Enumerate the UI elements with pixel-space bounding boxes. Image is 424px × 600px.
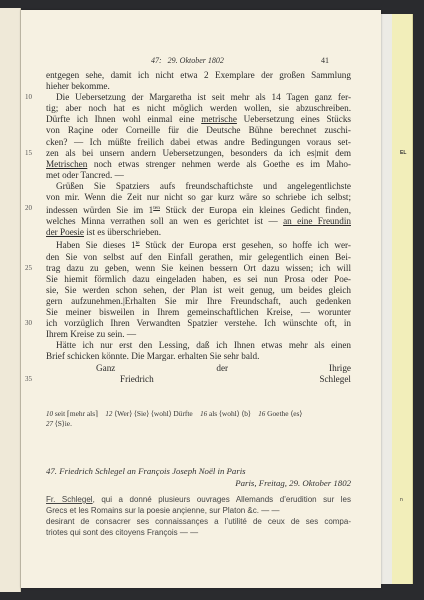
text-line: Metrischen noch etwas strenger nehmen we…: [46, 159, 351, 170]
line-number: 35: [25, 374, 32, 385]
letter-title: 47. Friedrich Schlegel an François Josep…: [46, 465, 351, 477]
text-line: 30ich vorzüglich Ihren Verwandten Spatzi…: [46, 318, 351, 329]
letter-place-date: Paris, Freitag, 29. Oktober 1802: [46, 477, 351, 489]
apparatus-line: 10 seit ⌈mehr als⌉ 12 ⟨Wer⟩ ⟨Sie⟩ ⟨wohl⟩…: [46, 409, 351, 419]
text-line: Hätte ich nur erst den Lessing, daß ich …: [46, 340, 351, 351]
edge-mark: EL: [400, 150, 406, 156]
next-letter-heading: 47. Friedrich Schlegel an François Josep…: [46, 465, 351, 489]
text-line: Fr. Schlegel, qui a donné plusieurs ouvr…: [46, 494, 351, 505]
underlined-word: metrische: [201, 114, 237, 124]
closing-salutation: Ganz der Ihrige: [46, 363, 351, 374]
next-letter-body: Fr. Schlegel, qui a donné plusieurs ouvr…: [46, 494, 351, 538]
line-number: 10: [25, 92, 32, 103]
text-line: 20indessen würden Sie im 1ten Stück der …: [46, 203, 351, 216]
critical-apparatus: 10 seit ⌈mehr als⌉ 12 ⟨Wer⟩ ⟨Sie⟩ ⟨wohl⟩…: [46, 409, 351, 429]
edge-mark: n: [400, 497, 403, 503]
text-line: entgegen sehe, damit ich nicht etwa 2 Ex…: [46, 70, 351, 81]
line-number: 20: [25, 203, 32, 214]
text-line: Haben Sie dieses 1te Stück der Europa er…: [46, 238, 351, 251]
book-page: 47: 29. Oktober 1802 41 entgegen sehe, d…: [21, 10, 381, 588]
line-number: 25: [25, 263, 32, 274]
page-number: 41: [321, 56, 329, 65]
text-line: sie, Sie werden schon sehen, der Plan is…: [46, 285, 351, 296]
text-line: tig; aber noch hat es nicht möglich werd…: [46, 103, 351, 114]
text-line: cken? — Ich müßte freilich dabei etwas a…: [46, 137, 351, 148]
letter-body: entgegen sehe, damit ich nicht etwa 2 Ex…: [46, 70, 351, 385]
text-line: 25trag dazu zu geben, wenn Sie keinen be…: [46, 263, 351, 274]
text-line: Ihrem Kreise zu sein. —: [46, 329, 351, 340]
text-line: 15zen als bei unsern andern Uebersetzung…: [46, 148, 351, 159]
line-number: 30: [25, 318, 32, 329]
text-line: met oder Tancred. —: [46, 170, 351, 181]
underlined-phrase: an eine Freundin: [283, 216, 351, 226]
text-line: 10Die Uebersetzung der Margaretha ist se…: [46, 92, 351, 103]
text-line: desirant de consacrer ses connaissançes …: [46, 516, 351, 527]
text-line: den Sie von selbst auf den Einfall gerat…: [46, 252, 351, 263]
text-line: von Raçine oder Corneille für die Deutsc…: [46, 125, 351, 136]
underlined-name: Fr. Schlegel: [46, 495, 93, 504]
text-line: von mir. Wenn die Zeit nur nicht so gar …: [46, 192, 351, 203]
line-number: 15: [25, 148, 32, 159]
text-line: hieher bekomme.: [46, 81, 351, 92]
text-line: Grüßen Sie Spatziers aufs freundschaftic…: [46, 181, 351, 192]
apparatus-line: 27 ⟨S⟩ie.: [46, 419, 351, 429]
running-head-title: 47: 29. Oktober 1802: [151, 56, 224, 65]
facing-page-edge: [0, 8, 21, 592]
underlined-phrase: der Poesie: [46, 227, 84, 237]
text-line: Brief schicken könnte. Die Margar. erhal…: [46, 351, 351, 362]
text-line: Sie meiner bisweilen in Ihrem gemeinscha…: [46, 307, 351, 318]
underlined-word: Metrischen: [46, 159, 87, 169]
text-line: welches Minna verrathen soll an wen es g…: [46, 216, 351, 227]
text-line: triotes qui sont des citoyens François —…: [46, 527, 351, 538]
text-line: Sie hiemit förmlich dazu eingeladen habe…: [46, 274, 351, 285]
text-line: gern aufzunehmen.|Erhalten Sie mir Ihre …: [46, 296, 351, 307]
text-line: Grecs et les Romains sur la poesie ançie…: [46, 505, 351, 516]
signature: 35Friedrich Schlegel: [46, 374, 351, 385]
text-line: Dürfte ich Ihnen wohl einmal eine metris…: [46, 114, 351, 125]
text-line: der Poesie ist es überschrieben.: [46, 227, 351, 238]
